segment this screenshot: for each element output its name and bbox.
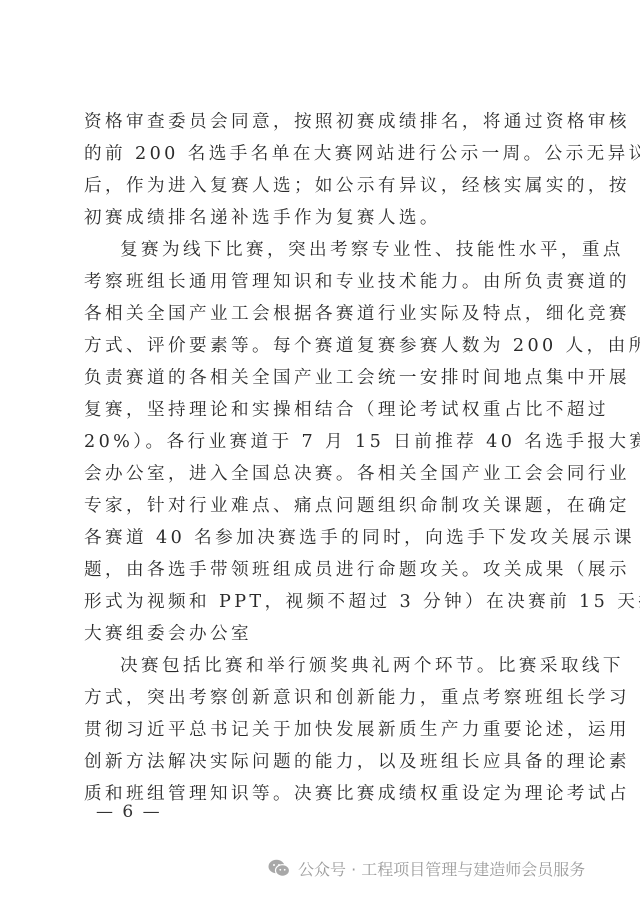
text-line: 专家，针对行业难点、痛点问题组织命制攻关课题，在确定 xyxy=(84,492,560,520)
text-line: 资格审查委员会同意，按照初赛成绩排名，将通过资格审核 xyxy=(84,108,560,136)
wechat-icon xyxy=(268,859,290,877)
text-line: 决赛包括比赛和举行颁奖典礼两个环节。比赛采取线下 xyxy=(120,652,560,680)
text-line: 各赛道 40 名参加决赛选手的同时，向选手下发攻关展示课 xyxy=(84,524,560,552)
text-line: 考察班组长通用管理知识和专业技术能力。由所负责赛道的 xyxy=(84,268,560,296)
text-line: 的前 200 名选手名单在大赛网站进行公示一周。公示无异议 xyxy=(84,140,560,168)
text-line: 方式，突出考察创新意识和创新能力，重点考察班组长学习 xyxy=(84,684,560,712)
text-line: 题，由各选手带领班组成员进行命题攻关。攻关成果（展示 xyxy=(84,556,560,584)
text-line: 负责赛道的各相关全国产业工会统一安排时间地点集中开展 xyxy=(84,364,560,392)
document-page: 资格审查委员会同意，按照初赛成绩排名，将通过资格审核的前 200 名选手名单在大… xyxy=(0,0,640,905)
text-line: 大赛组委会办公室 xyxy=(84,620,560,648)
text-line: 创新方法解决实际问题的能力，以及班组长应具备的理论素 xyxy=(84,748,560,776)
text-line: 形式为视频和 PPT，视频不超过 3 分钟）在决赛前 15 天报送 xyxy=(84,588,560,616)
text-line: 贯彻习近平总书记关于加快发展新质生产力重要论述，运用 xyxy=(84,716,560,744)
watermark-text: 公众号 · 工程项目管理与建造师会员服务 xyxy=(298,857,585,880)
page-number: — 6 — xyxy=(96,800,162,824)
text-line: 20%）。各行业赛道于 7 月 15 日前推荐 40 名选手报大赛组委 xyxy=(84,428,560,456)
watermark: 公众号 · 工程项目管理与建造师会员服务 xyxy=(268,856,585,880)
text-line: 初赛成绩排名递补选手作为复赛人选。 xyxy=(84,204,560,232)
text-line: 方式、评价要素等。每个赛道复赛参赛人数为 200 人，由所 xyxy=(84,332,560,360)
text-line: 会办公室，进入全国总决赛。各相关全国产业工会会同行业 xyxy=(84,460,560,488)
text-line: 复赛为线下比赛，突出考察专业性、技能性水平，重点 xyxy=(120,236,560,264)
text-line: 复赛，坚持理论和实操相结合（理论考试权重占比不超过 xyxy=(84,396,560,424)
text-line: 各相关全国产业工会根据各赛道行业实际及特点，细化竞赛 xyxy=(84,300,560,328)
text-line: 后，作为进入复赛人选；如公示有异议，经核实属实的，按 xyxy=(84,172,560,200)
